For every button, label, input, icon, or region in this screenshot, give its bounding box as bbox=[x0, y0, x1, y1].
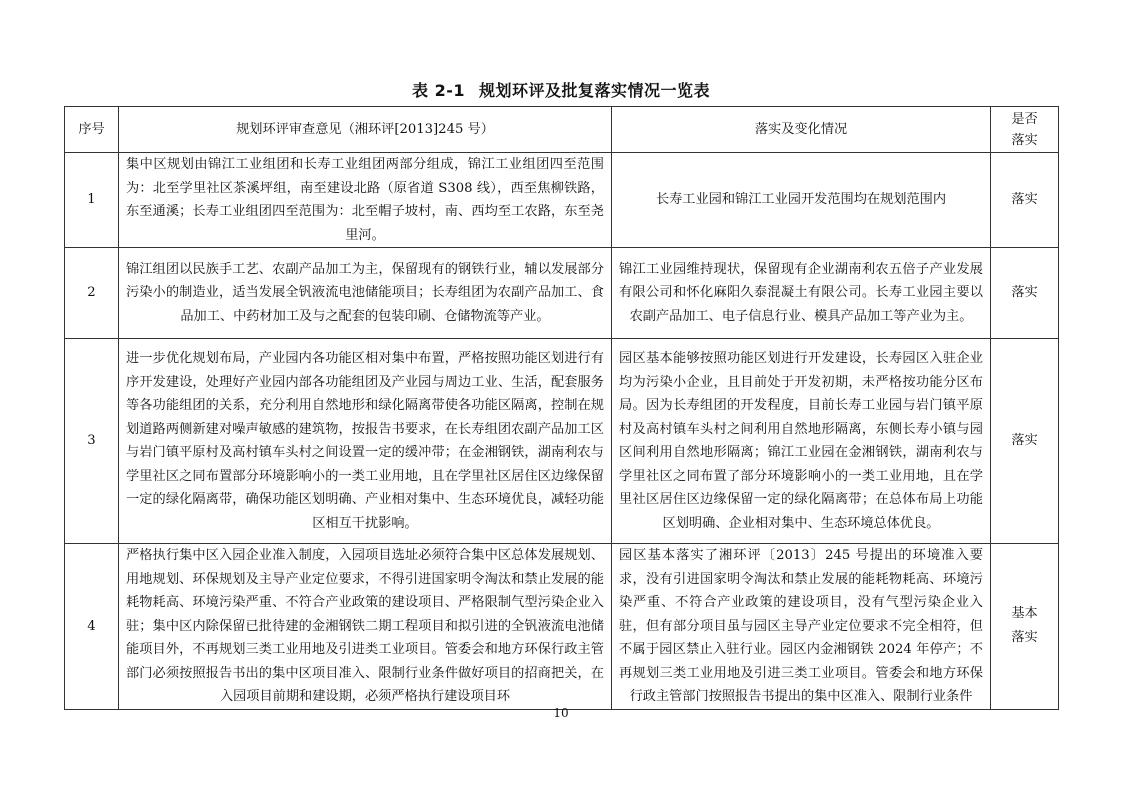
table-title: 规划环评及批复落实情况一览表 bbox=[479, 81, 710, 100]
table-row: 2 锦江组团以民族手工艺、农副产品加工为主，保留现有的钢铁行业，辅以发展部分污染… bbox=[65, 248, 1059, 339]
row-status: 落实 bbox=[991, 248, 1059, 339]
row-implementation: 园区基本落实了湘环评〔2013〕245 号提出的环境准入要求，没有引进国家明令淘… bbox=[612, 544, 991, 710]
header-implementation: 落实及变化情况 bbox=[612, 107, 991, 153]
review-implementation-table: 序号 规划环评审查意见（湘环评[2013]245 号） 落实及变化情况 是否落实… bbox=[64, 106, 1059, 710]
row-index: 1 bbox=[65, 153, 119, 248]
table-caption: 表 2-1规划环评及批复落实情况一览表 bbox=[0, 78, 1122, 101]
table-row: 4 严格执行集中区入园企业准入制度，入园项目选址必须符合集中区总体发展规划、用地… bbox=[65, 544, 1059, 710]
row-implementation: 长寿工业园和锦江工业园开发范围均在规划范围内 bbox=[612, 153, 991, 248]
header-review: 规划环评审查意见（湘环评[2013]245 号） bbox=[119, 107, 612, 153]
header-status: 是否落实 bbox=[991, 107, 1059, 153]
table-number: 表 2-1 bbox=[412, 81, 465, 100]
row-review: 锦江组团以民族手工艺、农副产品加工为主，保留现有的钢铁行业，辅以发展部分污染小的… bbox=[119, 248, 612, 339]
row-status: 落实 bbox=[991, 153, 1059, 248]
table-row: 3 进一步优化规划布局，产业园内各功能区相对集中布置，严格按照功能区划进行有序开… bbox=[65, 339, 1059, 544]
header-status-label: 是否落实 bbox=[1011, 109, 1039, 151]
row-index: 3 bbox=[65, 339, 119, 544]
table-header-row: 序号 规划环评审查意见（湘环评[2013]245 号） 落实及变化情况 是否落实 bbox=[65, 107, 1059, 153]
table-row: 1 集中区规划由锦江工业组团和长寿工业组团两部分组成，锦江工业组团四至范围为：北… bbox=[65, 153, 1059, 248]
row-index: 4 bbox=[65, 544, 119, 710]
header-index: 序号 bbox=[65, 107, 119, 153]
row-status: 落实 bbox=[991, 339, 1059, 544]
row-implementation: 锦江工业园维持现状，保留现有企业湖南利农五倍子产业发展有限公司和怀化麻阳久泰混凝… bbox=[612, 248, 991, 339]
row-implementation: 园区基本能够按照功能区划进行开发建设，长寿园区入驻企业均为污染小企业，且目前处于… bbox=[612, 339, 991, 544]
row-index: 2 bbox=[65, 248, 119, 339]
page-number: 10 bbox=[0, 706, 1122, 720]
row-review: 严格执行集中区入园企业准入制度，入园项目选址必须符合集中区总体发展规划、用地规划… bbox=[119, 544, 612, 710]
row-status: 基本落实 bbox=[991, 544, 1059, 710]
row-review: 集中区规划由锦江工业组团和长寿工业组团两部分组成，锦江工业组团四至范围为：北至学… bbox=[119, 153, 612, 248]
row-review: 进一步优化规划布局，产业园内各功能区相对集中布置，严格按照功能区划进行有序开发建… bbox=[119, 339, 612, 544]
row-status-label: 基本落实 bbox=[1011, 602, 1039, 650]
